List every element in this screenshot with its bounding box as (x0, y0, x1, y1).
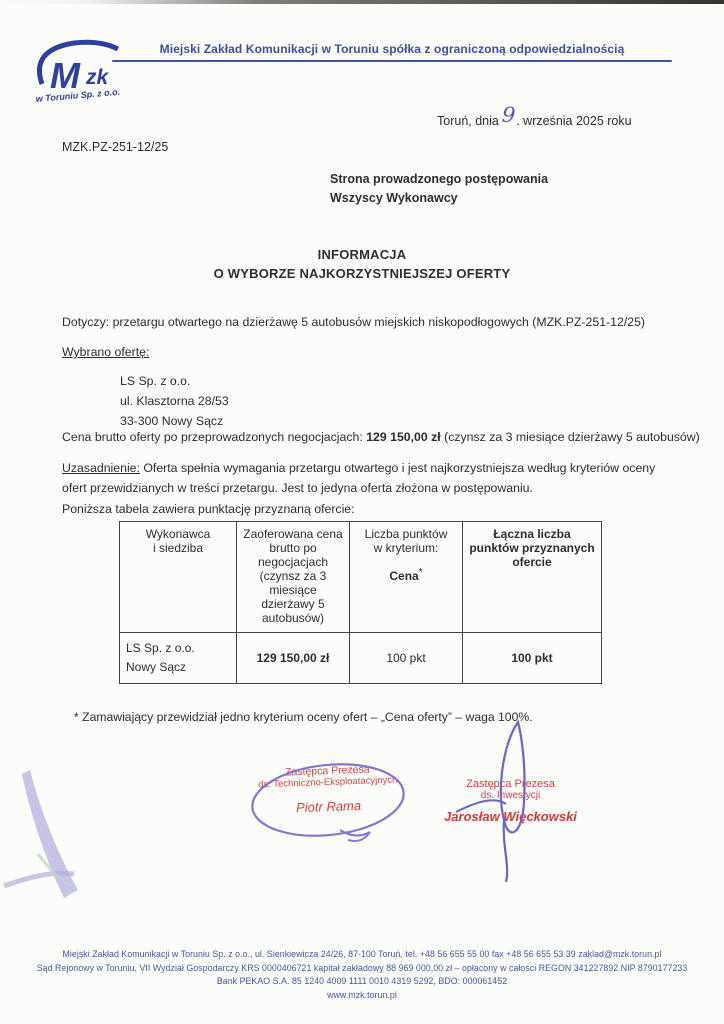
stamp-left-name: Piotr Rama (243, 796, 413, 817)
spacer (356, 555, 456, 567)
cell-contractor-city: Nowy Sącz (126, 658, 230, 677)
date-line: Toruń, dnia9. września 2025 roku (437, 106, 632, 130)
cell-price: 129 150,00 zł (237, 633, 350, 684)
price-prefix: Cena brutto oferty po przeprowadzonych n… (62, 430, 366, 444)
footer-line2: Sąd Rejonowy w Toruniu, VII Wydział Gosp… (0, 962, 724, 976)
addressee-line2: Wszyscy Wykonawcy (330, 189, 548, 208)
cell-criterion-points: 100 pkt (350, 633, 463, 684)
scanned-document-page: M zk w Toruniu Sp. z o.o. Miejski Zakład… (0, 0, 724, 1024)
cell-contractor: LS Sp. z o.o. Nowy Sącz (120, 633, 237, 684)
title-line1: INFORMACJA (0, 245, 724, 264)
criterion-footnote: * Zamawiający przewidział jedno kryteriu… (74, 710, 533, 724)
winner-name: LS Sp. z o.o. (120, 371, 229, 391)
offer-score-table: Wykonawca i siedziba Zaoferowana cena br… (119, 521, 602, 684)
header-offered-price: Zaoferowana cena brutto po negocjacjach … (237, 522, 350, 633)
title-line2: O WYBORZE NAJKORZYSTNIEJSZEJ OFERTY (0, 264, 724, 283)
table-header-row: Wykonawca i siedziba Zaoferowana cena br… (120, 522, 602, 633)
date-suffix: . września 2025 roku (516, 114, 631, 128)
header-contractor-line1: Wykonawca (126, 527, 230, 541)
stamp-deputy-investments: Zastępca Prezesa ds. Inwestycji Jarosław… (438, 778, 583, 824)
criterion-asterisk: * (419, 567, 423, 578)
justification-paragraph: Uzasadnienie: Oferta spełnia wymagania p… (62, 458, 668, 498)
subject-line: Dotyczy: przetargu otwartego na dzierżaw… (62, 315, 645, 329)
criterion-name: Cena (389, 569, 418, 583)
justification-text: Oferta spełnia wymagania przetargu otwar… (62, 461, 655, 495)
stamp-deputy-technical: Zastępca Prezesa ds. Techniczno-Eksploat… (242, 762, 414, 817)
price-value: 129 150,00 zł (366, 430, 441, 444)
case-reference-number: MZK.PZ-251-12/25 (62, 140, 168, 154)
stamp-right-title2: ds. Inwestycji (438, 790, 583, 801)
header-contractor-line2: i siedziba (126, 541, 230, 555)
header-criterion-points: Liczba punktów w kryterium: Cena* (350, 522, 463, 633)
footer-line4: www.mzk.torun.pl (0, 989, 724, 1003)
handwritten-day: 9 (501, 103, 516, 128)
addressee-line1: Strona prowadzonego postępowania (330, 170, 548, 189)
selected-offer-label: Wybrano ofertę: (62, 345, 149, 359)
header-total-points: Łączna liczba punktów przyznanych oferci… (463, 522, 602, 633)
header-criterion-line1: Liczba punktów (356, 527, 456, 541)
price-suffix: (czynsz za 3 miesiące dzierżawy 5 autobu… (441, 430, 700, 444)
winner-city: 33-300 Nowy Sącz (120, 411, 229, 431)
header-contractor: Wykonawca i siedziba (120, 522, 237, 633)
cell-contractor-name: LS Sp. z o.o. (126, 639, 230, 658)
stamp-right-name: Jarosław Więckowski (438, 809, 583, 824)
company-name-header: Miejski Zakład Komunikacji w Toruniu spó… (112, 42, 672, 56)
document-title: INFORMACJA O WYBORZE NAJKORZYSTNIEJSZEJ … (0, 245, 724, 283)
price-line: Cena brutto oferty po przeprowadzonych n… (62, 430, 702, 444)
stamp-right-title1: Zastępca Prezesa (438, 778, 583, 790)
justification-label: Uzasadnienie: (62, 461, 140, 475)
table-intro-line: Poniższa tabela zawiera punktację przyzn… (62, 502, 355, 516)
header-criterion-line2: w kryterium: (356, 541, 456, 555)
winner-street: ul. Klasztorna 28/53 (120, 391, 229, 411)
company-footer: Miejski Zakład Komunikacji w Toruniu Sp.… (0, 948, 724, 1002)
date-prefix: Toruń, dnia (437, 114, 499, 128)
table-row: LS Sp. z o.o. Nowy Sącz 129 150,00 zł 10… (120, 633, 602, 684)
header-rule (112, 60, 672, 62)
winner-address-block: LS Sp. z o.o. ul. Klasztorna 28/53 33-30… (120, 371, 229, 431)
cell-total-points: 100 pkt (463, 633, 602, 684)
addressee-block: Strona prowadzonego postępowania Wszyscy… (330, 170, 548, 208)
footer-line1: Miejski Zakład Komunikacji w Toruniu Sp.… (0, 948, 724, 962)
scan-edge-artifact (0, 0, 724, 4)
stray-pen-mark (0, 758, 120, 913)
logo-letters-zk: zk (85, 66, 110, 89)
footer-line3: Bank PEKAO S.A. 85 1240 4009 1111 0010 4… (0, 975, 724, 989)
